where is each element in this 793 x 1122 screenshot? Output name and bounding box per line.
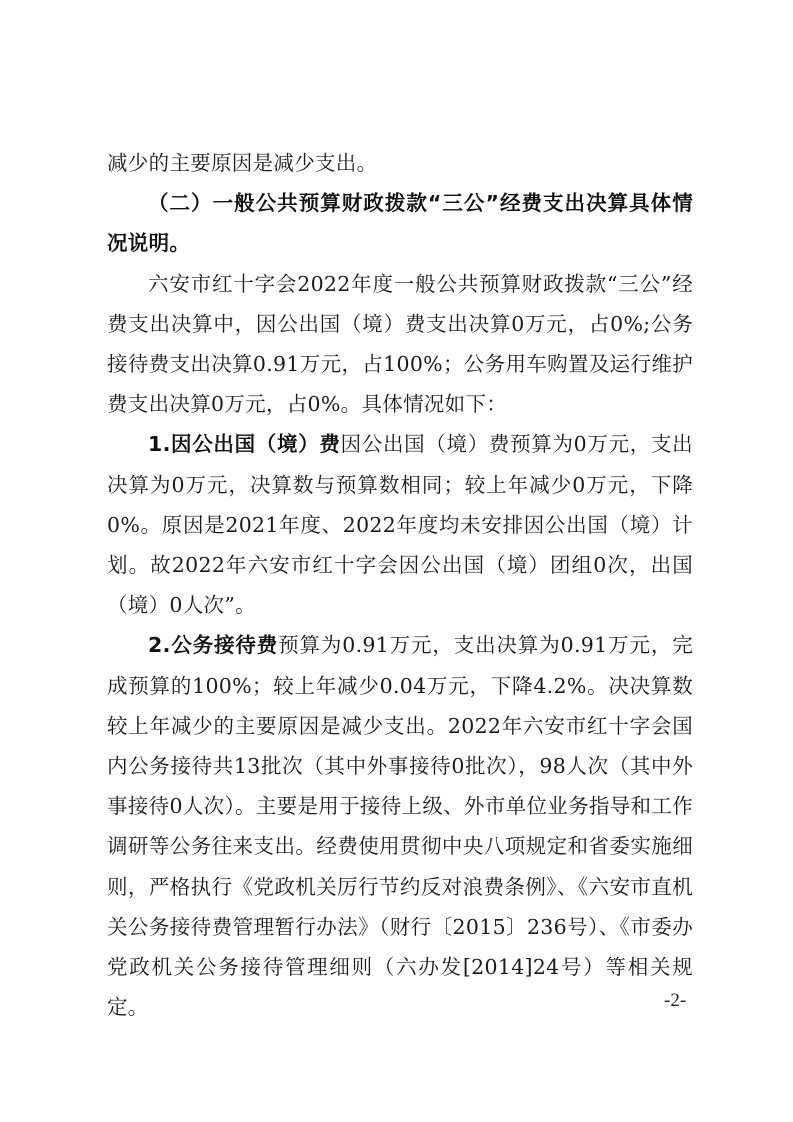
paragraph-continuation: 减少的主要原因是减少支出。 [107,143,693,183]
paragraph-reception: 2.公务接待费预算为0.91万元，支出决算为0.91万元，完成预算的100%；较… [107,625,693,1027]
section-heading-three-public-expenses: （二）一般公共预算财政拨款“三公”经费支出决算具体情况说明。 [107,183,693,263]
paragraph-overseas-travel: 1.因公出国（境）费因公出国（境）费预算为0万元，支出决算为0万元，决算数与预算… [107,424,693,625]
paragraph-summary: 六安市红十字会2022年度一般公共预算财政拨款“三公”经费支出决算中，因公出国（… [107,264,693,425]
paragraph-reception-text: 预算为0.91万元，支出决算为0.91万元，完成预算的100%；较上年减少0.0… [107,633,693,1019]
paragraph-overseas-travel-text: 因公出国（境）费预算为0万元，支出决算为0万元，决算数与预算数相同；较上年减少0… [107,432,693,617]
bold-lead-overseas-travel: 1.因公出国（境）费 [148,432,341,456]
page-number: -2- [664,990,686,1012]
bold-lead-reception: 2.公务接待费 [148,633,278,657]
document-page-body: 减少的主要原因是减少支出。 （二）一般公共预算财政拨款“三公”经费支出决算具体情… [107,143,693,1027]
